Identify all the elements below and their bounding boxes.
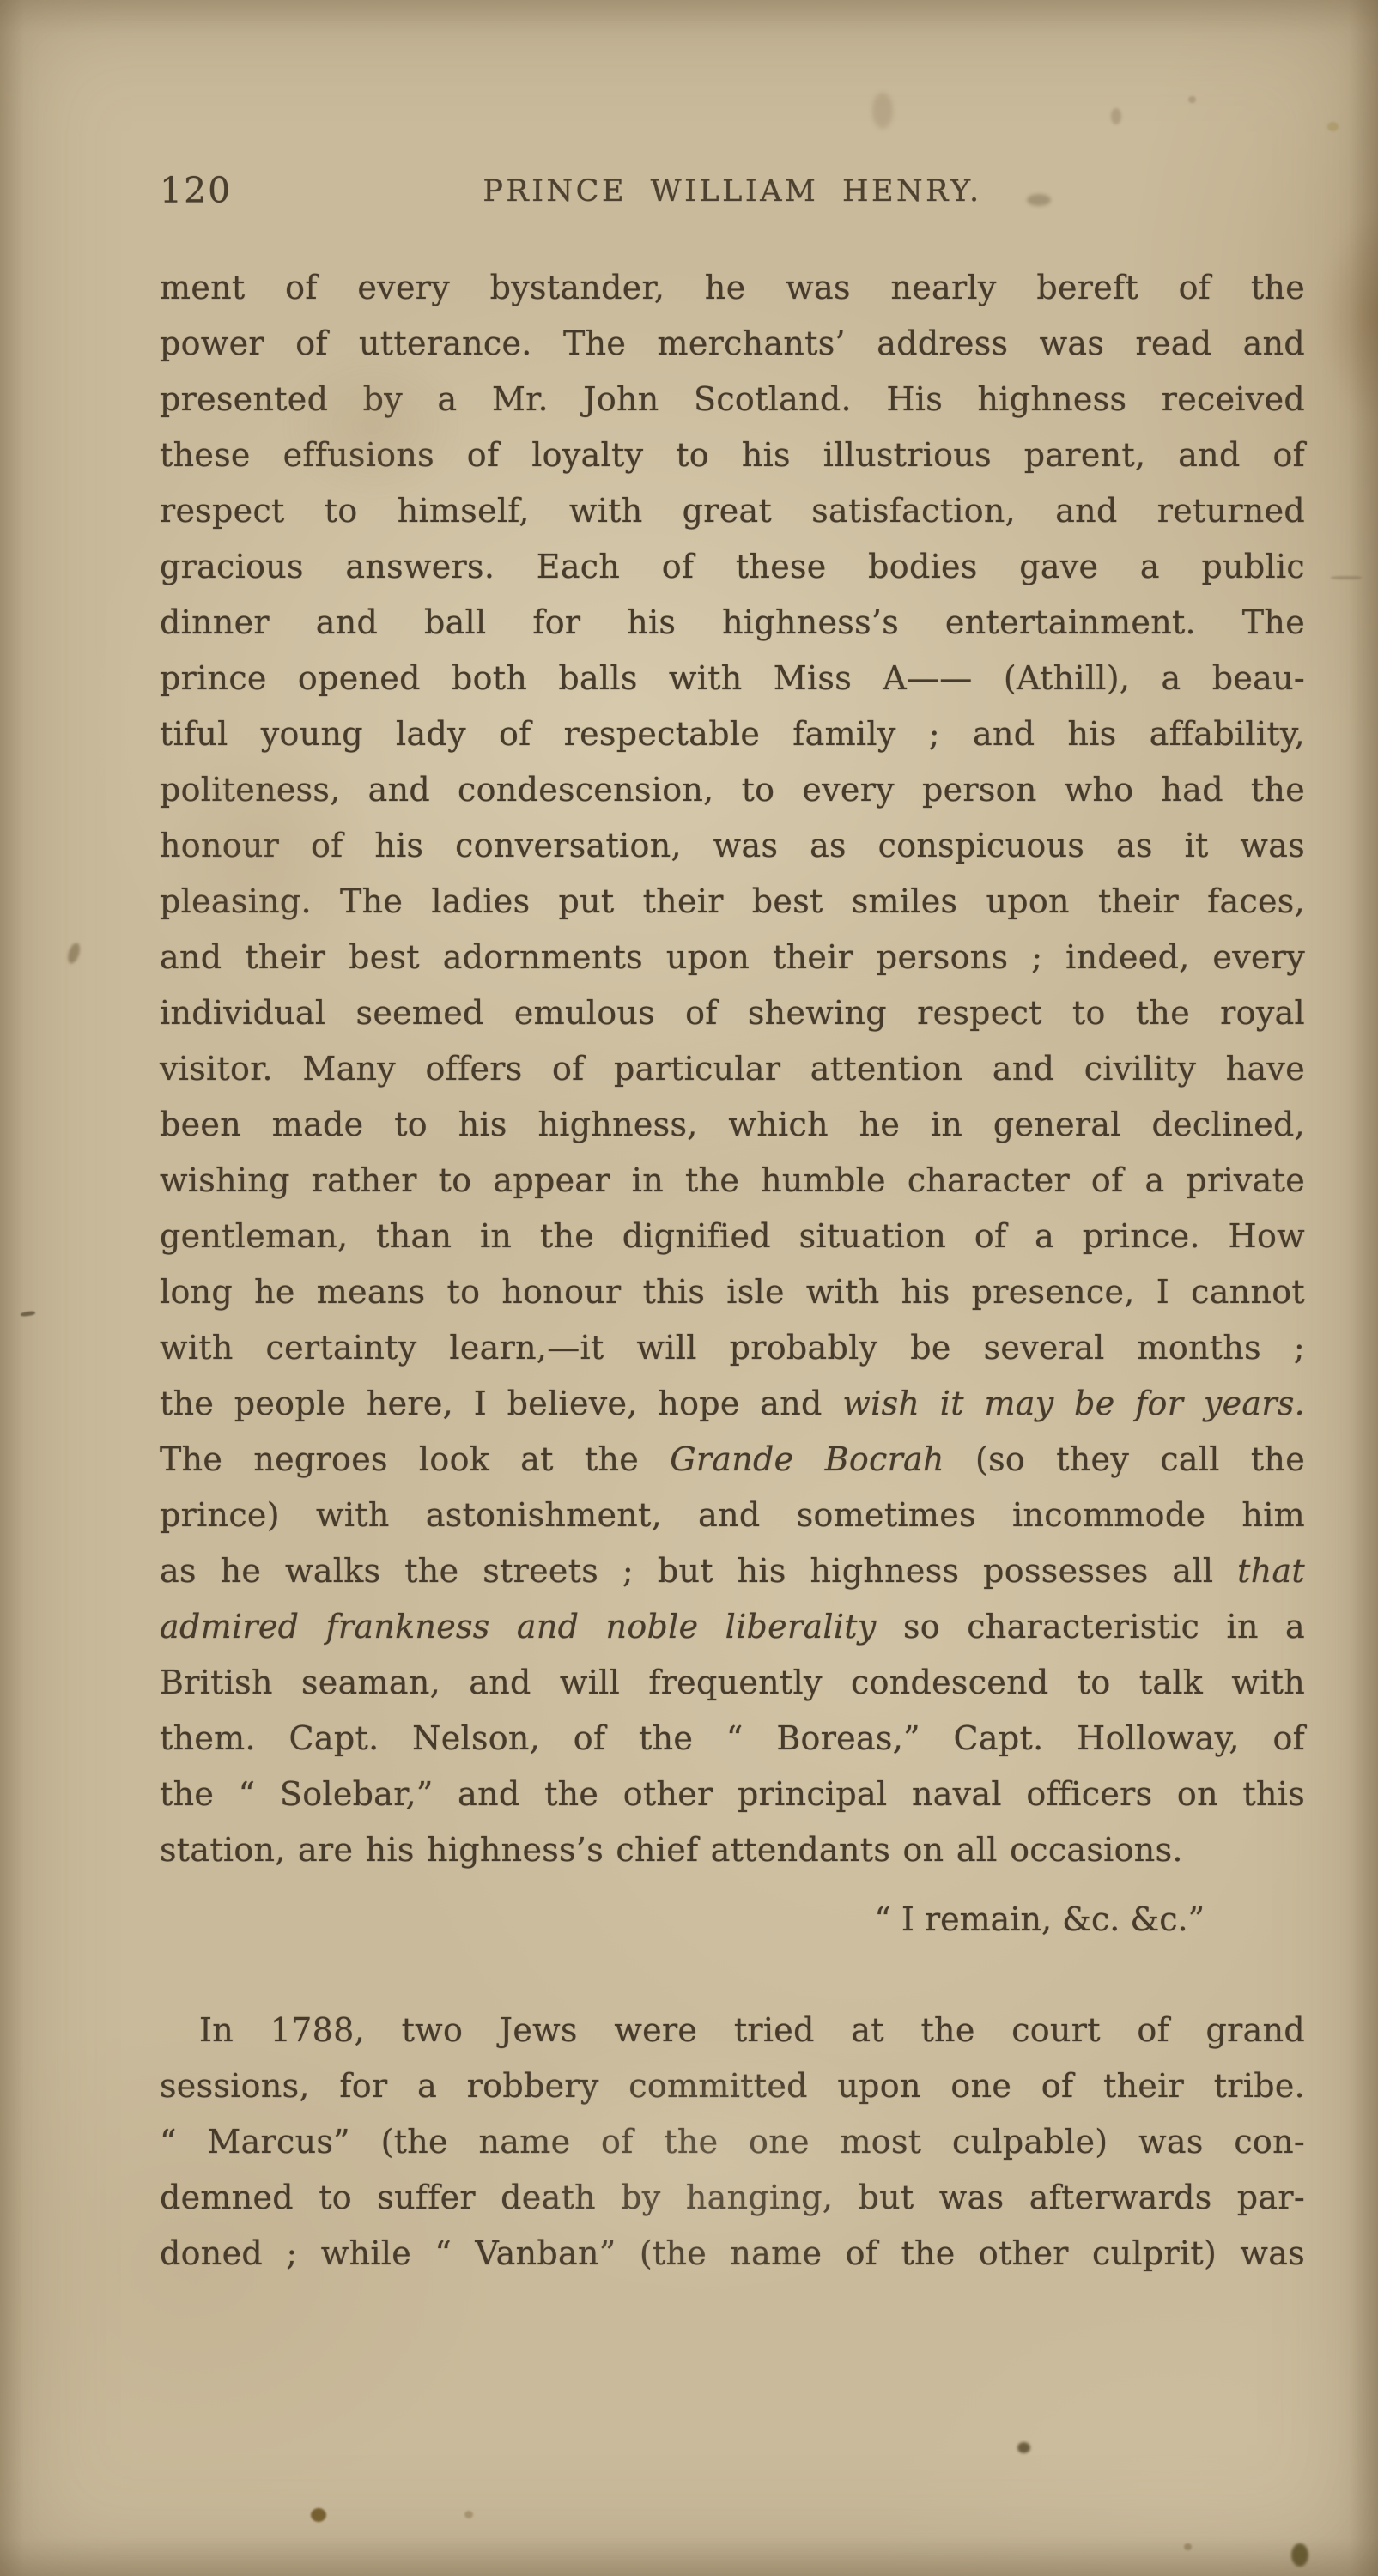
text-line: prince) with astonishment, and sometimes… [160,1488,1305,1543]
scanned-book-page: 120 PRINCE WILLIAM HENRY. ment of every … [0,0,1378,2576]
text-line: station, are his highness’s chief attend… [160,1822,1305,1878]
text-line: demned to suffer death by hanging, but w… [160,2170,1305,2226]
text-line: long he means to honour this isle with h… [160,1264,1305,1320]
text-line: individual seemed emulous of shewing res… [160,985,1305,1041]
ink-spot [1184,2543,1192,2550]
text-line: with certainty learn,—it will probably b… [160,1320,1305,1376]
text-line: In 1788, two Jews were tried at the cour… [160,2003,1305,2058]
text-line: “ Marcus” (the name of the one most culp… [160,2114,1305,2170]
letter-attribution: “ I remain, &c. &c.” [160,1892,1305,1948]
ink-spot [1017,2442,1030,2453]
ink-fleck [65,942,82,965]
text-line: ment of every bystander, he was nearly b… [160,260,1305,316]
running-title: PRINCE WILLIAM HENRY. [160,168,1305,211]
ink-spot [1291,2543,1308,2567]
paper-scratch [1331,576,1362,579]
ink-fleck [21,1311,36,1317]
page-number: 120 [160,172,232,209]
ink-smudge [1111,108,1121,124]
text-line: tiful young lady of respectable family ;… [160,706,1305,762]
text-line: gracious answers. Each of these bodies g… [160,539,1305,595]
paper-stain [1320,213,1378,422]
text-line: them. Capt. Nelson, of the “ Boreas,” Ca… [160,1711,1305,1767]
text-line: sessions, for a robbery committed upon o… [160,2058,1305,2114]
text-line: been made to his highness, which he in g… [160,1097,1305,1153]
ink-smudge [872,93,893,129]
text-line: dinner and ball for his highness’s enter… [160,595,1305,651]
text-line: visitor. Many offers of particular atten… [160,1041,1305,1097]
text-line: presented by a Mr. John Scotland. His hi… [160,372,1305,427]
text-line: doned ; while “ Vanban” (the name of the… [160,2226,1305,2282]
text-line: British seaman, and will frequently cond… [160,1655,1305,1711]
text-line: gentleman, than in the dignified situati… [160,1209,1305,1264]
text-line: respect to himself, with great satisfact… [160,483,1305,539]
text-line: pleasing. The ladies put their best smil… [160,874,1305,930]
text-line: admired frankness and noble liberality s… [160,1599,1305,1655]
paragraph-2: In 1788, two Jews were tried at the cour… [160,2003,1305,2282]
text-line: power of utterance. The merchants’ addre… [160,316,1305,372]
body-text: ment of every bystander, he was nearly b… [160,260,1305,2282]
ink-spot [311,2508,326,2522]
page-header: 120 PRINCE WILLIAM HENRY. [160,168,1305,218]
text-line: politeness, and condescension, to every … [160,762,1305,818]
text-line: prince opened both balls with Miss A—— (… [160,651,1305,706]
text-line: the people here, I believe, hope and wis… [160,1376,1305,1432]
text-line: The negroes look at the Grande Bocrah (s… [160,1432,1305,1488]
ink-speck [1188,96,1196,103]
text-line: as he walks the streets ; but his highne… [160,1543,1305,1599]
text-line: wishing rather to appear in the humble c… [160,1153,1305,1209]
ink-spot [464,2511,473,2518]
paragraph-1: ment of every bystander, he was nearly b… [160,260,1305,1878]
foxing-speck [1327,122,1339,131]
text-line: and their best adornments upon their per… [160,930,1305,985]
text-line: these effusions of loyalty to his illust… [160,427,1305,483]
text-line: the “ Solebar,” and the other principal … [160,1767,1305,1822]
text-line: honour of his conversation, was as consp… [160,818,1305,874]
